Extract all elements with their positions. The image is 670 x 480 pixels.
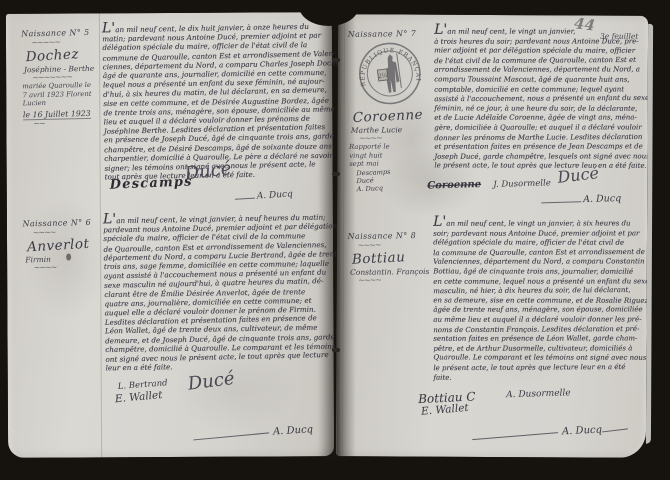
scanned-register-spread: Naissance N° 5~~~~~DochezJoséphine - Ber… bbox=[0, 0, 670, 480]
left-page: Naissance N° 5~~~~~DochezJoséphine - Ber… bbox=[6, 12, 334, 458]
signature: A. Ducq bbox=[583, 193, 621, 205]
binding-stitch bbox=[332, 172, 340, 176]
binding-stitch bbox=[332, 348, 340, 352]
signature: Ducé bbox=[184, 158, 233, 185]
birth-record-6: Naissance N° 6~~~~AnverlotFirmin~~~~ L'a… bbox=[17, 212, 330, 454]
signature: A. Ducq bbox=[257, 189, 294, 201]
birth-record-7: RÉPUBLIQUE FRANÇAISE 2¼ Naissance N° 7Co… bbox=[345, 24, 644, 222]
signature-area: L. BertrandE. WalletDucéA. Ducq bbox=[17, 212, 330, 454]
signature: A. Dusormelle bbox=[506, 388, 571, 400]
signature: Descamps bbox=[109, 174, 193, 192]
binding-stitch bbox=[332, 58, 340, 62]
birth-record-8: Naissance N° 8~~~~BottiauConstantin. Fra… bbox=[344, 210, 643, 456]
signature: E. Wallet bbox=[421, 402, 469, 418]
signature: A. Ducq bbox=[273, 424, 314, 437]
signature: Ducé bbox=[187, 368, 236, 395]
signature-area: DescampsDucéA. Ducq bbox=[16, 20, 329, 220]
signature: Ducé bbox=[556, 163, 599, 187]
signature-area: Bottiau CA. DusormelleE. WalletA. Ducq bbox=[344, 210, 643, 456]
birth-record-5: Naissance N° 5~~~~~DochezJoséphine - Ber… bbox=[16, 20, 329, 220]
ink-spot bbox=[66, 254, 71, 261]
signature-area: CoroenneJ. DusormelleDucéA. Ducq bbox=[345, 24, 644, 222]
right-page: 44 3e feuillet RÉPUBLIQUE FRANÇAISE 2¼ N… bbox=[336, 14, 648, 458]
signature: J. Dusormelle bbox=[493, 178, 551, 190]
signature: A. Ducq bbox=[562, 425, 603, 438]
signature: Coroenne bbox=[427, 179, 481, 192]
